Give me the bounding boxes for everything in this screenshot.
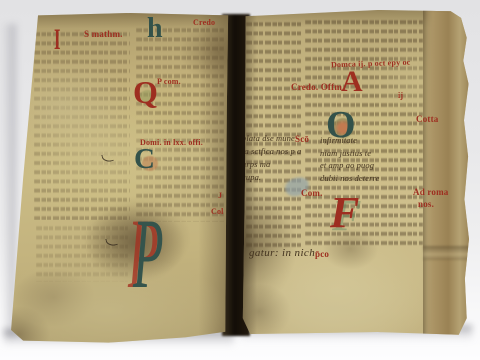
script-line: arps ma [242,158,301,171]
script-line: infirmitate [320,134,379,147]
script-line: et amp ao puog [320,159,379,172]
left-book-text-column-1 [34,30,130,220]
right-initial-F: F [330,190,359,236]
right-book: Domca ij. p oct epy oc Credo. Offm. A ij… [241,8,469,338]
left-book-text-faded [36,224,128,282]
left-book-text-column-2 [136,26,224,222]
right-left-column-text: blata dse mune ta sctfica nos p a arps m… [242,132,301,184]
left-initial-h: h [147,14,163,43]
script-line: blata dse mune [242,132,301,145]
left-book-edge-shadow [2,24,16,336]
fore-edge-flap [423,8,469,338]
left-initial-I: I [54,24,60,56]
right-credo-rubric: Credo. Offm. [291,83,344,92]
script-line: cupa. [242,171,301,184]
left-pcom-rubric: P com. [157,78,181,86]
right-nos-rubric: nos. [418,200,434,209]
right-ij-mark: ij [398,92,403,100]
script-line: dubii nos deterre [320,172,379,185]
left-initial-C: C [134,144,155,174]
photo-of-two-manuscript-books: I S mathm. h Credo P com. Q Domi. in lxx… [0,0,480,360]
left-initial-Q: Q [133,76,158,110]
right-bottom-script-line: gatur: in nich [249,248,315,260]
left-initial-P-teal-stem: P [133,204,164,304]
script-line: niam justius te [320,147,379,160]
right-adroma-rubric: Ad roma [413,188,448,197]
left-j-mark: J [218,192,222,200]
left-heading-rubric: S mathm. [84,30,123,39]
right-com-rubric: Com. [301,189,323,198]
right-initial-A: A [341,66,363,98]
left-initial-P-decorated: P P [128,204,188,322]
left-book: I S mathm. h Credo P com. Q Domi. in lxx… [10,12,229,344]
right-right-column-text: infirmitate niam justius te et amp ao pu… [320,134,379,184]
left-credo-rubric: Credo [193,19,215,27]
right-cotta-rubric: Cotta [416,115,439,124]
flap-fold-crease [423,246,469,260]
left-col-mark: Col [211,208,224,216]
script-line: ta sctfica nos p a [242,145,301,158]
right-pco-rubric: p̄co [315,250,329,259]
